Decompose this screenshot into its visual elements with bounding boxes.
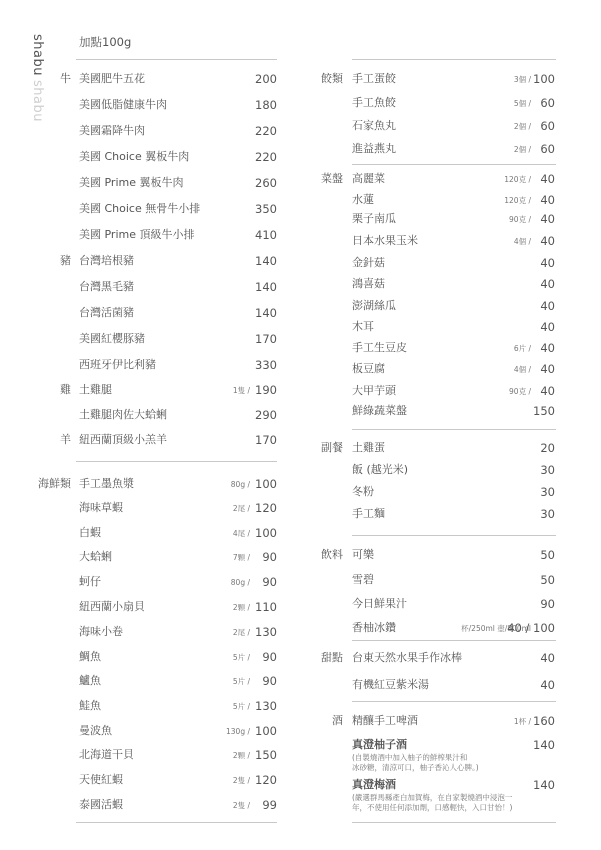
- item-name: 飯 (越光米): [352, 460, 408, 480]
- item-name: 手工麵: [352, 504, 385, 524]
- menu-item-row: 酒 精釀手工啤酒 1杯 / 160: [0, 711, 601, 731]
- item-price: 60: [540, 93, 555, 113]
- item-unit: 2隻 /: [233, 795, 250, 816]
- item-name: 鮮綠蔬菜盤: [352, 401, 407, 421]
- menu-item-row: 雪碧 50: [0, 570, 601, 590]
- item-unit: 4個 /: [514, 231, 531, 252]
- item-name: 真澄梅酒: [352, 775, 396, 795]
- item-price: 50: [540, 545, 555, 565]
- menu-item-row: 大甲芋頭 90克 / 40: [0, 381, 601, 401]
- menu-item-row: 有機紅豆紫米湯 40: [0, 675, 601, 695]
- menu-item-row: 木耳 40: [0, 317, 601, 337]
- item-price: 20: [540, 438, 555, 458]
- item-price: 40: [540, 338, 555, 358]
- category-label: 餃類: [300, 69, 343, 89]
- item-price: 30: [540, 460, 555, 480]
- menu-item-row: 香柚冰鑽 杯/250ml 壺/800ml 40 / 100: [0, 618, 601, 638]
- item-description: (嚴選群馬縣產白加賀梅，在自家製燒酒中浸泡一年，不使用任何添加劑，口感輕快，入口…: [352, 793, 532, 813]
- item-price: 100: [533, 69, 555, 89]
- section-divider: [352, 535, 556, 536]
- item-unit: 2個 /: [514, 139, 531, 160]
- category-label: 飲料: [300, 545, 343, 565]
- category-label: 副餐: [300, 438, 343, 458]
- menu-item-row: 栗子南瓜 90克 / 40: [0, 209, 601, 229]
- item-description: (自製燒酒中加入柚子的鮮榨果汁和冰砂糖，清涼可口，柚子香沁人心脾。): [352, 753, 532, 773]
- item-price: 40: [540, 169, 555, 189]
- menu-item-row: 進益燕丸 2個 / 60: [0, 139, 601, 159]
- item-price: 150: [533, 401, 555, 421]
- item-name: 大甲芋頭: [352, 381, 396, 401]
- item-name: 澎湖絲瓜: [352, 296, 396, 316]
- item-name: 今日鮮果汁: [352, 594, 407, 614]
- item-unit: 6片 /: [514, 338, 531, 359]
- item-unit: 1杯 /: [514, 711, 531, 732]
- item-name: 精釀手工啤酒: [352, 711, 418, 731]
- item-unit: 90克 /: [509, 209, 531, 230]
- item-price: 60: [540, 116, 555, 136]
- item-unit: 120克 /: [504, 190, 531, 211]
- item-price: 60: [540, 139, 555, 159]
- menu-item-row: 副餐 土雞蛋 20: [0, 438, 601, 458]
- item-name: 冬粉: [352, 482, 374, 502]
- menu-item-row: 手工魚餃 5個 / 60: [0, 93, 601, 113]
- menu-item-row: 甜點 台東天然水果手作冰棒 40: [0, 648, 601, 668]
- item-price: 30: [540, 504, 555, 524]
- item-name: 土雞蛋: [352, 438, 385, 458]
- menu-item-row: 飲料 可樂 50: [0, 545, 601, 565]
- item-price: 50: [540, 570, 555, 590]
- menu-item-row: 澎湖絲瓜 40: [0, 296, 601, 316]
- section-divider: [352, 640, 556, 641]
- item-name: 日本水果玉米: [352, 231, 418, 251]
- item-unit: 4個 /: [514, 359, 531, 380]
- item-price: 40: [540, 253, 555, 273]
- item-unit: 4尾 /: [233, 523, 250, 544]
- item-name: 白蝦: [79, 523, 101, 543]
- menu-item-row: 餃類 手工蛋餃 3個 / 100: [0, 69, 601, 89]
- item-price: 40: [540, 381, 555, 401]
- description-line: 冰砂糖，清涼可口，柚子香沁人心脾。): [352, 763, 532, 773]
- section-divider: [352, 822, 556, 823]
- item-price: 99: [262, 795, 277, 815]
- section-divider: [352, 429, 556, 430]
- item-name: 可樂: [352, 545, 374, 565]
- menu-item-row: 金針菇 40: [0, 253, 601, 273]
- item-name: 金針菇: [352, 253, 385, 273]
- menu-item-row: 板豆腐 4個 / 40: [0, 359, 601, 379]
- category-label: 酒: [300, 711, 343, 731]
- menu-item-row: 日本水果玉米 4個 / 40: [0, 231, 601, 251]
- item-name: 進益燕丸: [352, 139, 396, 159]
- menu-item-row: 冬粉 30: [0, 482, 601, 502]
- section-divider: [352, 164, 556, 165]
- menu-item-row: 石家魚丸 2個 / 60: [0, 116, 601, 136]
- item-name: 板豆腐: [352, 359, 385, 379]
- item-price: 90: [540, 594, 555, 614]
- menu-item-row: 飯 (越光米) 30: [0, 460, 601, 480]
- item-unit: 3個 /: [514, 69, 531, 90]
- item-name: 鴻喜菇: [352, 274, 385, 294]
- category-label: 甜點: [300, 648, 343, 668]
- menu-item-row: 真澄柚子酒 140: [0, 735, 601, 755]
- item-unit: 90克 /: [509, 381, 531, 402]
- item-name: 手工蛋餃: [352, 69, 396, 89]
- menu-item-row: 菜盤 高麗菜 120克 / 40: [0, 169, 601, 189]
- description-line: 年，不使用任何添加劑，口感輕快，入口甘怡！): [352, 803, 532, 813]
- section-header-title: 加點100g: [79, 35, 131, 49]
- section-divider: [352, 59, 556, 60]
- item-price: 40 / 100: [507, 618, 555, 638]
- item-name: 水蓮: [352, 190, 374, 210]
- item-price: 30: [540, 482, 555, 502]
- section-divider: [76, 822, 277, 823]
- menu-item-row: 今日鮮果汁 90: [0, 594, 601, 614]
- item-name: 泰國活蝦: [79, 795, 123, 815]
- item-name: 真澄柚子酒: [352, 735, 407, 755]
- category-label: 菜盤: [300, 169, 343, 189]
- item-price: 40: [540, 648, 555, 668]
- item-price: 40: [540, 675, 555, 695]
- item-price: 40: [540, 296, 555, 316]
- item-name: 手工魚餃: [352, 93, 396, 113]
- item-unit: 120克 /: [504, 169, 531, 190]
- menu-item-row: 真澄梅酒 140: [0, 775, 601, 795]
- section-divider: [76, 59, 277, 60]
- menu-item-row: 手工生豆皮 6片 / 40: [0, 338, 601, 358]
- item-price: 160: [533, 711, 555, 731]
- item-name: 木耳: [352, 317, 374, 337]
- item-price: 40: [540, 317, 555, 337]
- menu-item-row: 水蓮 120克 / 40: [0, 190, 601, 210]
- item-name: 高麗菜: [352, 169, 385, 189]
- item-name: 雪碧: [352, 570, 374, 590]
- item-name: 手工生豆皮: [352, 338, 407, 358]
- item-unit: 5個 /: [514, 93, 531, 114]
- menu-item-row: 手工麵 30: [0, 504, 601, 524]
- item-price: 100: [255, 523, 277, 543]
- item-price: 40: [540, 190, 555, 210]
- menu-item-row: 白蝦 4尾 / 100: [0, 523, 601, 543]
- menu-item-row: 鴻喜菇 40: [0, 274, 601, 294]
- item-price: 140: [533, 735, 555, 755]
- item-price: 40: [540, 209, 555, 229]
- item-name: 香柚冰鑽: [352, 618, 396, 638]
- item-name: 栗子南瓜: [352, 209, 396, 229]
- item-price: 140: [533, 775, 555, 795]
- item-name: 台東天然水果手作冰棒: [352, 648, 462, 668]
- item-price: 40: [540, 231, 555, 251]
- menu-item-row: 鮮綠蔬菜盤 150: [0, 401, 601, 421]
- item-price: 40: [540, 274, 555, 294]
- item-name: 有機紅豆紫米湯: [352, 675, 429, 695]
- item-price: 40: [540, 359, 555, 379]
- section-divider: [352, 701, 556, 702]
- item-name: 石家魚丸: [352, 116, 396, 136]
- item-unit: 2個 /: [514, 116, 531, 137]
- menu-page: shabushabu 加點100g 牛 美國肥牛五花 200 美國低脂健康牛肉 …: [0, 0, 601, 850]
